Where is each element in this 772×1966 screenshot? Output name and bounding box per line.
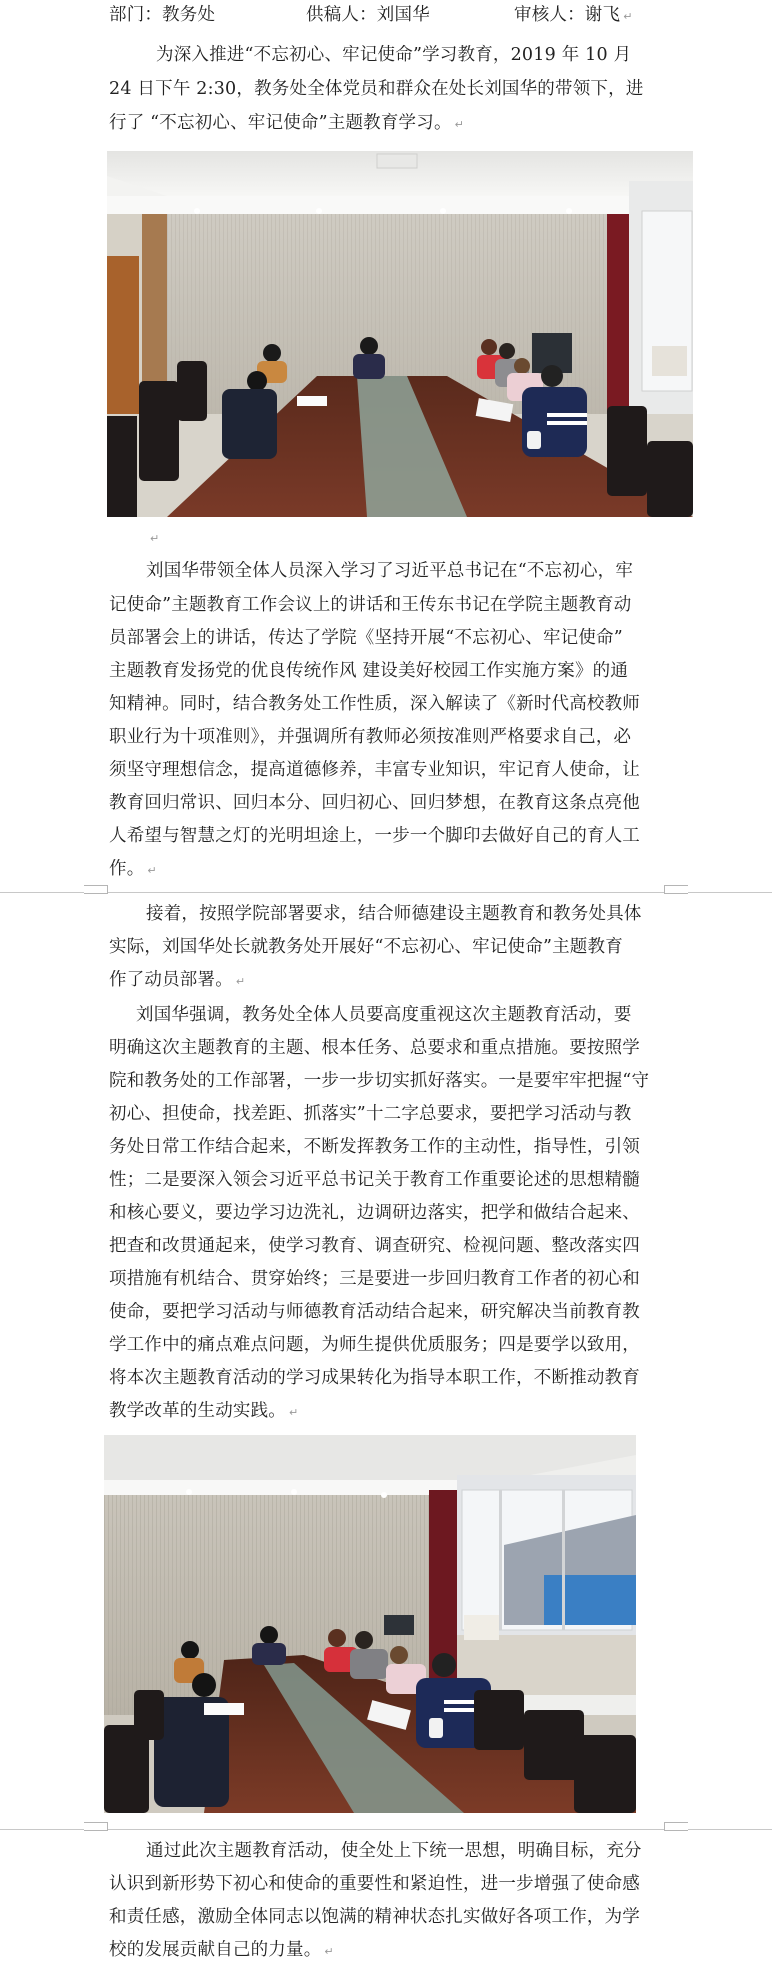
text-line: 刘国华强调，教务处全体人员要高度重视这次主题教育活动，要 [136, 1005, 632, 1025]
text-line: 学工作中的痛点难点问题，为师生提供优质服务；四是要学以致用， [109, 1335, 640, 1355]
text-line: 接着，按照学院部署要求，结合师德建设主题教育和教务处具体 [146, 904, 642, 924]
text-line: 主题教育发扬党的优良传统作风 建设美好校园工作实施方案》的通 [109, 661, 628, 681]
text-line: 刘国华带领全体人员深入学习了习近平总书记在“不忘初心，牢 [146, 561, 633, 581]
text-line: 教育回归常识、回归本分、回归初心、回归梦想，在教育这条点亮他 [109, 793, 640, 813]
text-line: 把查和改贯通起来，使学习教育、调查研究、检视问题、整改落实四 [109, 1236, 640, 1256]
text-line: 作。↵ [109, 859, 157, 881]
text-line: 作了动员部署。↵ [109, 970, 245, 992]
page-corner-marker [664, 1822, 688, 1831]
paragraph-mark: ↵ [150, 532, 159, 545]
page-corner-marker [84, 1822, 108, 1831]
text-line: 初心、担使命，找差距、抓落实”十二字总要求，要把学习活动与教 [109, 1104, 631, 1124]
text-line: 明确这次主题教育的主题、根本任务、总要求和重点措施。要按照学 [109, 1038, 640, 1058]
text-line: 实际，刘国华处长就教务处开展好“不忘初心、牢记使命”主题教育 [109, 937, 623, 957]
page-break [0, 892, 772, 893]
text-line: 校的发展贡献自己的力量。↵ [109, 1940, 334, 1962]
text-line: 员部署会上的讲话，传达了学院《坚持开展“不忘初心、牢记使命” [109, 628, 623, 648]
text-line: 性；二是要深入领会习近平总书记关于教育工作重要论述的思想精髓 [109, 1170, 640, 1190]
text-line: 知精神。同时，结合教务处工作性质，深入解读了《新时代高校教师 [109, 694, 640, 714]
text-line: 院和教务处的工作部署，一步一步切实抓好落实。一是要牢牢把握“守 [109, 1071, 649, 1091]
text-line: 人希望与智慧之灯的光明坦途上，一步一个脚印去做好自己的育人工 [109, 826, 640, 846]
text-line: 和核心要义，要边学习边洗礼，边调研边落实，把学和做结合起来、 [109, 1203, 640, 1223]
text-line: 记使命”主题教育工作会议上的讲话和王传东书记在学院主题教育动 [109, 595, 631, 615]
header-contributor: 供稿人：刘国华 [306, 5, 430, 25]
text-line: 职业行为十项准则》，并强调所有教师必须按准则严格要求自己，必 [109, 727, 631, 747]
text-line: 和责任感，激励全体同志以饱满的精神状态扎实做好各项工作，为学 [109, 1907, 640, 1927]
paragraph-mark: ↵ [623, 10, 632, 23]
text-line: 通过此次主题教育活动，使全处上下统一思想，明确目标，充分 [146, 1841, 642, 1861]
text-line: 24 日下午 2:30，教务处全体党员和群众在处长刘国华的带领下，进 [109, 79, 644, 99]
text-line: 务处日常工作结合起来，不断发挥教务工作的主动性，指导性，引领 [109, 1137, 640, 1157]
text-line: 须坚守理想信念，提高道德修养，丰富专业知识，牢记育人使命，让 [109, 760, 640, 780]
text-line: 项措施有机结合、贯穿始终；三是要进一步回归教育工作者的初心和 [109, 1269, 640, 1289]
text-line: 行了 “不忘初心、牢记使命”主题教育学习。↵ [109, 113, 464, 135]
meeting-photo-2 [104, 1435, 636, 1813]
header-reviewer: 审核人：谢飞↵ [514, 5, 633, 27]
page-corner-marker [84, 885, 108, 894]
page-break [0, 1829, 772, 1830]
text-line: 为深入推进“不忘初心、牢记使命”学习教育，2019 年 10 月 [156, 45, 631, 65]
text-line: 教学改革的生动实践。↵ [109, 1401, 298, 1423]
header-department: 部门：教务处 [109, 5, 215, 25]
text-line: 将本次主题教育活动的学习成果转化为指导本职工作，不断推动教育 [109, 1368, 640, 1388]
meeting-photo-1 [107, 151, 693, 517]
text-line: 使命，要把学习活动与师德教育活动结合起来，研究解决当前教育教 [109, 1302, 640, 1322]
page-corner-marker [664, 885, 688, 894]
text-line: 认识到新形势下初心和使命的重要性和紧迫性，进一步增强了使命感 [109, 1874, 640, 1894]
